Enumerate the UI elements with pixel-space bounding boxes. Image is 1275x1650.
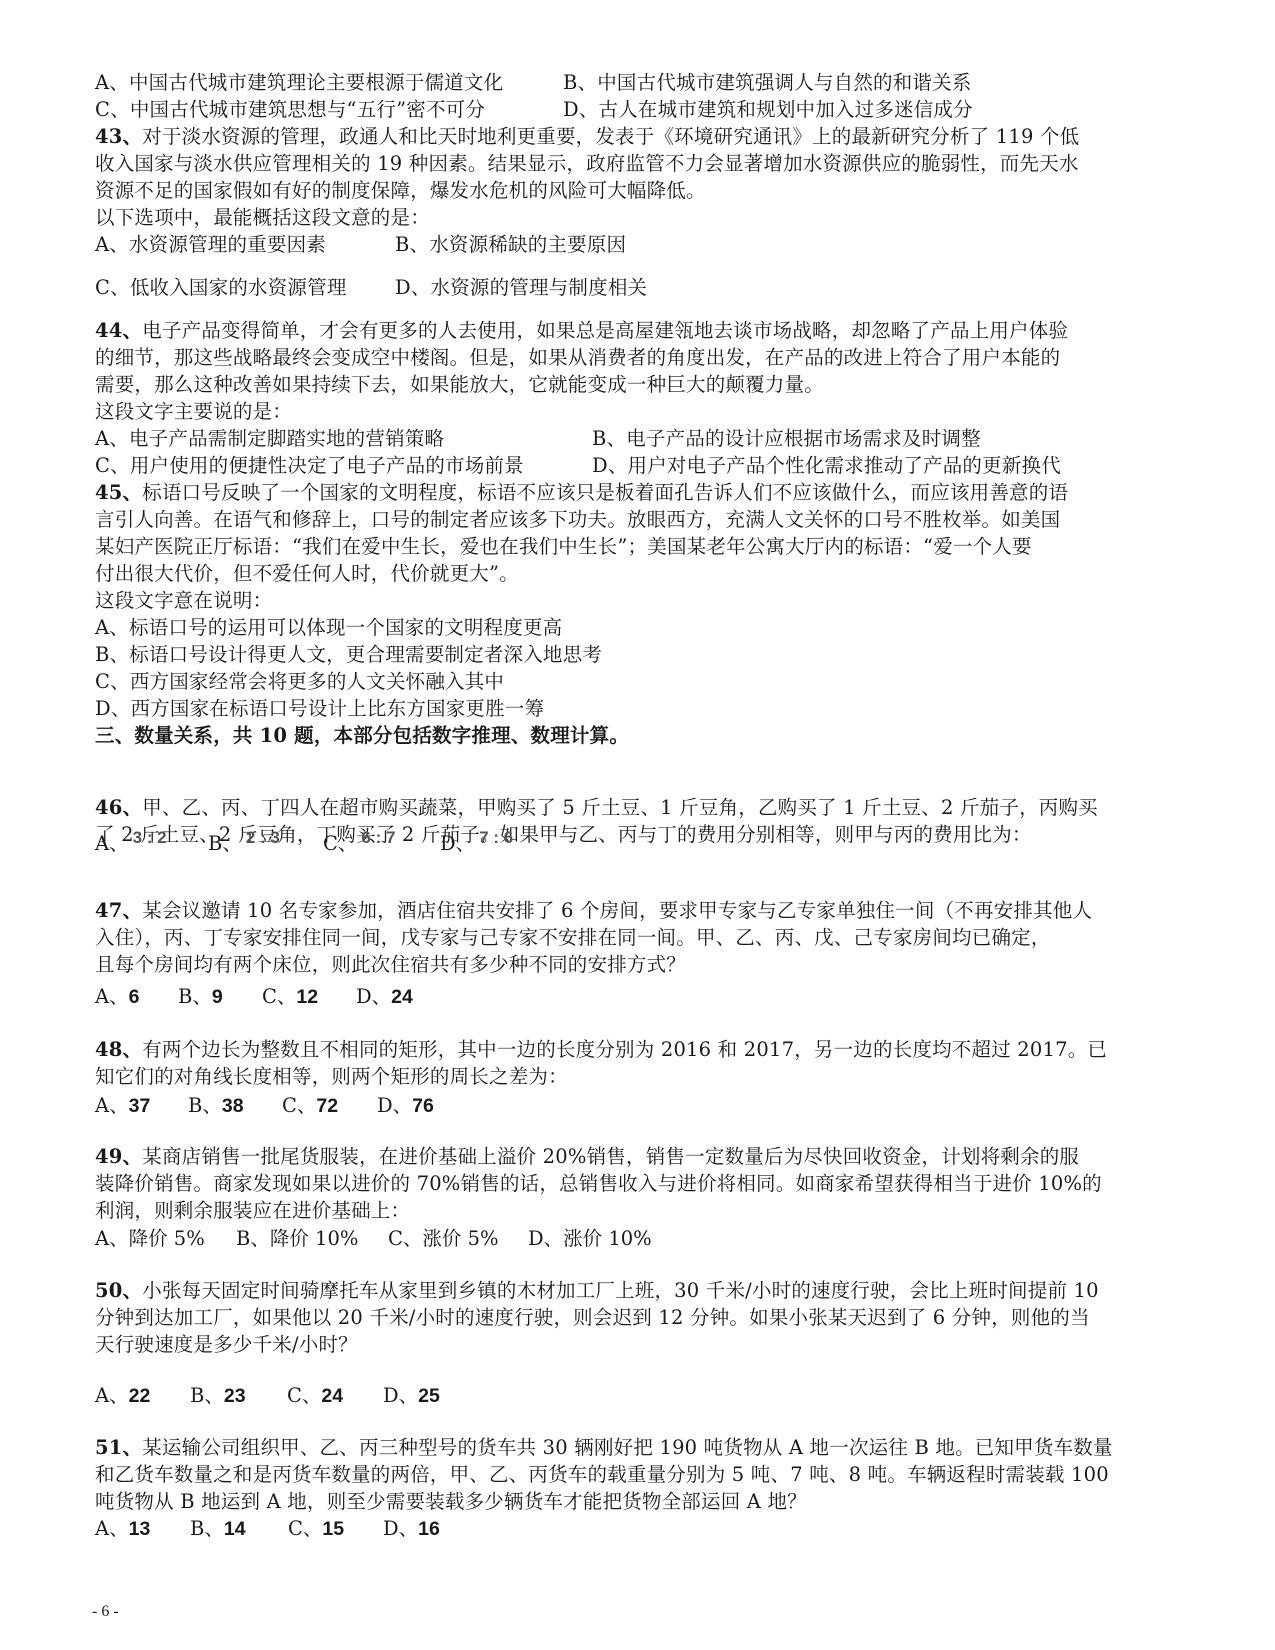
q42-option-c: C、中国古代城市建筑思想与“五行”密不可分	[95, 97, 485, 123]
q46-option-c: C、6 : 7	[323, 831, 395, 858]
q51-stem-line: 51、某运输公司组织甲、乙、丙三种型号的货车共 30 辆刚好把 190 吨货物从…	[95, 1435, 1113, 1461]
q46-option-a: A、3 : 2	[95, 831, 167, 858]
q44-option-c: C、用户使用的便捷性决定了电子产品的市场前景	[95, 453, 524, 479]
question-number: 43、	[95, 125, 142, 148]
q47-option-d: D、24	[356, 984, 413, 1010]
q50-option-d: D、25	[383, 1383, 440, 1409]
q50-option-a: A、22	[95, 1383, 150, 1409]
q45-stem-line: 某妇产医院正厅标语：“我们在爱中生长，爱也在我们中生长”；美国某老年公寓大厅内的…	[95, 534, 1032, 560]
q49-stem-line: 装降价销售。商家发现如果以进价的 70%销售的话，总销售收入与进价将相同。如商家…	[95, 1171, 1102, 1197]
q47-stem-line: 且每个房间均有两个床位，则此次住宿共有多少种不同的安排方式？	[95, 952, 686, 978]
q49-option-b: B、降价 10%	[236, 1226, 358, 1252]
q48-stem-line: 知它们的对角线长度相等，则两个矩形的周长之差为：	[95, 1064, 568, 1090]
q45-prompt: 这段文字意在说明：	[95, 588, 272, 614]
page-number: - 6 -	[92, 1603, 119, 1621]
q50-stem-line: 50、小张每天固定时间骑摩托车从家里到乡镇的木材加工厂上班，30 千米/小时的速…	[95, 1278, 1099, 1304]
q44-stem-line: 的细节，那这些战略最终会变成空中楼阁。但是，如果从消费者的角度出发，在产品的改进…	[95, 345, 1060, 371]
q44-stem-line: 需要，那么这种改善如果持续下去，如果能放大，它就能变成一种巨大的颠覆力量。	[95, 372, 824, 398]
question-number: 44、	[95, 319, 142, 342]
q47-stem-line: 入住），丙、丁专家安排住同一间，戊专家与己专家不安排在同一间。甲、乙、丙、戊、己…	[95, 925, 1051, 951]
question-number: 46、	[95, 796, 142, 819]
q43-option-d: D、水资源的管理与制度相关	[395, 275, 647, 301]
q45-option-c: C、西方国家经常会将更多的人文关怀融入其中	[95, 669, 504, 695]
q42-option-a: A、中国古代城市建筑理论主要根源于儒道文化	[95, 70, 503, 96]
q49-stem-line: 49、某商店销售一批尾货服装，在进价基础上溢价 20%销售，销售一定数量后为尽快…	[95, 1144, 1079, 1170]
q47-option-b: B、9	[178, 984, 223, 1010]
q48-option-d: D、76	[377, 1093, 434, 1119]
q51-stem-line: 吨货物从 B 地运到 A 地，则至少需要装载多少辆货车才能把货物全部运回 A 地…	[95, 1489, 807, 1515]
q44-prompt: 这段文字主要说的是：	[95, 399, 292, 425]
question-number: 50、	[95, 1279, 142, 1302]
q51-option-c: C、15	[288, 1516, 344, 1542]
q51-stem-line: 和乙货车数量之和是丙货车数量的两倍，甲、乙、丙货车的载重量分别为 5 吨、7 吨…	[95, 1462, 1109, 1488]
q47-option-a: A、6	[95, 984, 139, 1010]
q49-stem-line: 利润，则剩余服装应在进价基础上：	[95, 1198, 410, 1224]
q45-stem-line: 言引人向善。在语气和修辞上，口号的制定者应该多下功夫。放眼西方，充满人文关怀的口…	[95, 507, 1060, 533]
q45-option-d: D、西方国家在标语口号设计上比东方国家更胜一筹	[95, 696, 544, 722]
q43-prompt: 以下选项中，最能概括这段文意的是：	[95, 205, 430, 231]
q43-option-c: C、低收入国家的水资源管理	[95, 275, 347, 301]
question-number: 51、	[95, 1436, 142, 1459]
q50-stem-line: 分钟到达加工厂，如果他以 20 千米/小时的速度行驶，则会迟到 12 分钟。如果…	[95, 1305, 1090, 1331]
q43-stem-line: 收入国家与淡水供应管理相关的 19 种因素。结果显示，政府监管不力会显著增加水资…	[95, 151, 1079, 177]
q43-option-a: A、水资源管理的重要因素	[95, 232, 326, 258]
question-number: 47、	[95, 899, 142, 922]
q42-option-b: B、中国古代城市建筑强调人与自然的和谐关系	[563, 70, 972, 96]
q43-option-b: B、水资源稀缺的主要原因	[395, 232, 626, 258]
q46-stem-line: 46、甲、乙、丙、丁四人在超市购买蔬菜，甲购买了 5 斤土豆、1 斤豆角，乙购买…	[95, 795, 1098, 821]
q44-stem-line: 44、电子产品变得简单，才会有更多的人去使用，如果总是高屋建瓴地去谈市场战略，却…	[95, 318, 1068, 344]
q45-option-b: B、标语口号设计得更人文，更合理需要制定者深入地思考	[95, 642, 602, 668]
q48-option-a: A、37	[95, 1093, 150, 1119]
q49-option-a: A、降价 5%	[95, 1226, 205, 1252]
q47-stem-line: 47、某会议邀请 10 名专家参加，酒店住宿共安排了 6 个房间，要求甲专家与乙…	[95, 898, 1092, 924]
q43-stem-line: 资源不足的国家假如有好的制度保障，爆发水危机的风险可大幅降低。	[95, 178, 706, 204]
question-number: 48、	[95, 1038, 142, 1061]
q43-stem-line: 43、对于淡水资源的管理，政通人和比天时地利更重要，发表于《环境研究通讯》上的最…	[95, 124, 1079, 150]
q47-option-c: C、12	[262, 984, 318, 1010]
q51-option-b: B、14	[190, 1516, 246, 1542]
q49-option-c: C、涨价 5%	[388, 1226, 499, 1252]
q42-option-d: D、古人在城市建筑和规划中加入过多迷信成分	[563, 97, 973, 123]
q48-option-c: C、72	[282, 1093, 338, 1119]
q45-option-a: A、标语口号的运用可以体现一个国家的文明程度更高	[95, 615, 562, 641]
q46-option-b: B、2 : 3	[208, 831, 280, 858]
exam-page: A、中国古代城市建筑理论主要根源于儒道文化 B、中国古代城市建筑强调人与自然的和…	[0, 0, 1275, 1650]
question-number: 49、	[95, 1145, 142, 1168]
q46-option-d: D、7 : 6	[440, 831, 513, 858]
q51-option-d: D、16	[383, 1516, 440, 1542]
q45-stem-line: 付出很大代价，但不爱任何人时，代价就更大”。	[95, 561, 519, 587]
q51-option-a: A、13	[95, 1516, 150, 1542]
q50-stem-line: 天行驶速度是多少千米/小时？	[95, 1332, 358, 1358]
q48-stem-line: 48、有两个边长为整数且不相同的矩形，其中一边的长度分别为 2016 和 201…	[95, 1037, 1107, 1063]
section-heading: 三、数量关系，共 10 题，本部分包括数字推理、数理计算。	[95, 723, 629, 749]
q50-option-b: B、23	[190, 1383, 246, 1409]
q50-option-c: C、24	[287, 1383, 343, 1409]
q45-stem-line: 45、标语口号反映了一个国家的文明程度，标语不应该只是板着面孔告诉人们不应该做什…	[95, 480, 1068, 506]
q48-option-b: B、38	[188, 1093, 244, 1119]
q44-option-b: B、电子产品的设计应根据市场需求及时调整	[592, 426, 981, 452]
q44-option-d: D、用户对电子产品个性化需求推动了产品的更新换代	[592, 453, 1061, 479]
question-number: 45、	[95, 481, 142, 504]
q49-option-d: D、涨价 10%	[528, 1226, 652, 1252]
q44-option-a: A、电子产品需制定脚踏实地的营销策略	[95, 426, 444, 452]
